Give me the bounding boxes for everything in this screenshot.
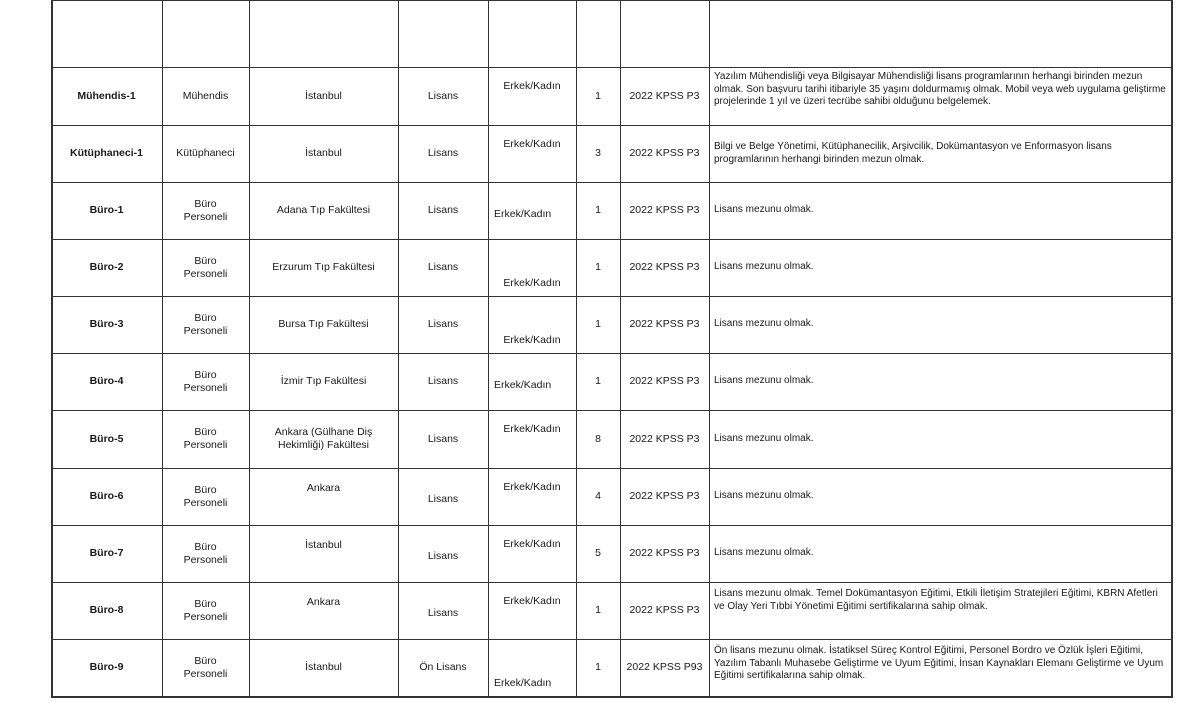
cell-adet: 5 <box>576 525 620 582</box>
cell-il: Adana Tıp Fakültesi <box>249 182 398 239</box>
cell-unvan: Büro Personeli <box>162 239 249 296</box>
cell-adet: 4 <box>576 468 620 525</box>
cell-adet: 1 <box>576 582 620 639</box>
row-divider <box>51 468 1173 469</box>
cell-cinsiyet: Erkek/Kadın <box>488 582 576 639</box>
cell-ilan-no: Büro-1 <box>51 182 162 239</box>
cell-mezuniyet: Lisans <box>398 410 488 468</box>
cell-il: Ankara <box>249 582 398 639</box>
requirements-cell: Lisans mezunu olmak. <box>709 296 1171 353</box>
column-divider <box>709 0 710 697</box>
column-divider <box>162 0 163 697</box>
cell-ilan-no: Büro-7 <box>51 525 162 582</box>
row-divider <box>51 182 1173 183</box>
cell-mezuniyet: Lisans <box>398 582 488 639</box>
cell-il: Bursa Tıp Fakültesi <box>249 296 398 353</box>
cell-kpss: 2022 KPSS P3 <box>620 67 709 125</box>
cell-unvan: Büro Personeli <box>162 410 249 468</box>
requirements-cell: Lisans mezunu olmak. <box>709 353 1171 410</box>
requirements-cell: Yazılım Mühendisliği veya Bilgisayar Müh… <box>709 67 1171 125</box>
column-divider <box>398 0 399 697</box>
cell-il: İstanbul <box>249 125 398 182</box>
requirements-cell: Lisans mezunu olmak. <box>709 182 1171 239</box>
cell-kpss: 2022 KPSS P3 <box>620 468 709 525</box>
cell-mezuniyet: Lisans <box>398 296 488 353</box>
cell-mezuniyet: Lisans <box>398 525 488 582</box>
requirements-cell: Lisans mezunu olmak. <box>709 525 1171 582</box>
column-divider <box>51 0 53 697</box>
cell-ilan-no: Büro-4 <box>51 353 162 410</box>
cell-adet: 1 <box>576 296 620 353</box>
header-ilan-no <box>51 0 162 67</box>
cell-il: İstanbul <box>249 639 398 696</box>
row-divider <box>51 239 1173 240</box>
cell-ilan-no: Mühendis-1 <box>51 67 162 125</box>
cell-ilan-no: Büro-6 <box>51 468 162 525</box>
row-divider <box>51 67 1173 68</box>
cell-unvan: Büro Personeli <box>162 468 249 525</box>
cell-cinsiyet: Erkek/Kadın <box>488 239 576 296</box>
header-cinsiyet <box>488 0 576 67</box>
cell-adet: 1 <box>576 639 620 696</box>
cell-ilan-no: Büro-8 <box>51 582 162 639</box>
requirements-cell: Lisans mezunu olmak. <box>709 239 1171 296</box>
column-divider <box>249 0 250 697</box>
cell-mezuniyet: Lisans <box>398 125 488 182</box>
cell-adet: 3 <box>576 125 620 182</box>
cell-ilan-no: Büro-3 <box>51 296 162 353</box>
header-il <box>249 0 398 67</box>
cell-mezuniyet: Ön Lisans <box>398 639 488 696</box>
header-mezuniyet <box>398 0 488 67</box>
cell-cinsiyet: Erkek/Kadın <box>488 410 576 468</box>
cell-unvan: Büro Personeli <box>162 582 249 639</box>
cell-kpss: 2022 KPSS P93 <box>620 639 709 696</box>
cell-unvan: Büro Personeli <box>162 182 249 239</box>
cell-il: İstanbul <box>249 67 398 125</box>
header-adet <box>576 0 620 67</box>
cell-unvan: Büro Personeli <box>162 353 249 410</box>
row-divider <box>51 296 1173 297</box>
cell-adet: 1 <box>576 67 620 125</box>
column-divider <box>488 0 489 697</box>
cell-adet: 1 <box>576 182 620 239</box>
cell-unvan: Mühendis <box>162 67 249 125</box>
cell-adet: 8 <box>576 410 620 468</box>
row-divider <box>51 125 1173 126</box>
cell-kpss: 2022 KPSS P3 <box>620 582 709 639</box>
header-kpss <box>620 0 709 67</box>
cell-ilan-no: Büro-2 <box>51 239 162 296</box>
row-divider <box>51 0 1173 1</box>
cell-il: İzmir Tıp Fakültesi <box>249 353 398 410</box>
requirements-cell: Ön lisans mezunu olmak. İstatiksel Süreç… <box>709 639 1171 696</box>
cell-cinsiyet: Erkek/Kadın <box>488 125 576 182</box>
column-divider <box>576 0 577 697</box>
cell-il: İstanbul <box>249 525 398 582</box>
cell-mezuniyet: Lisans <box>398 468 488 525</box>
cell-adet: 1 <box>576 239 620 296</box>
cell-kpss: 2022 KPSS P3 <box>620 410 709 468</box>
cell-kpss: 2022 KPSS P3 <box>620 239 709 296</box>
row-divider <box>51 639 1173 640</box>
cell-il: Ankara (Gülhane Diş Hekimliği) Fakültesi <box>249 410 398 468</box>
cell-ilan-no: Büro-9 <box>51 639 162 696</box>
cell-kpss: 2022 KPSS P3 <box>620 353 709 410</box>
cell-cinsiyet: Erkek/Kadın <box>488 67 576 125</box>
cell-unvan: Kütüphaneci <box>162 125 249 182</box>
row-divider <box>51 582 1173 583</box>
row-divider <box>51 525 1173 526</box>
row-divider <box>51 410 1173 411</box>
cell-mezuniyet: Lisans <box>398 67 488 125</box>
cell-mezuniyet: Lisans <box>398 239 488 296</box>
cell-mezuniyet: Lisans <box>398 182 488 239</box>
cell-mezuniyet: Lisans <box>398 353 488 410</box>
cell-unvan: Büro Personeli <box>162 525 249 582</box>
cell-cinsiyet: Erkek/Kadın <box>488 353 576 410</box>
cell-cinsiyet: Erkek/Kadın <box>488 468 576 525</box>
cell-adet: 1 <box>576 353 620 410</box>
cell-cinsiyet: Erkek/Kadın <box>488 639 576 696</box>
cell-kpss: 2022 KPSS P3 <box>620 296 709 353</box>
cell-cinsiyet: Erkek/Kadın <box>488 525 576 582</box>
cell-cinsiyet: Erkek/Kadın <box>488 296 576 353</box>
requirements-cell: Lisans mezunu olmak. <box>709 410 1171 468</box>
header-sartlar <box>709 0 1171 67</box>
cell-kpss: 2022 KPSS P3 <box>620 125 709 182</box>
cell-ilan-no: Büro-5 <box>51 410 162 468</box>
cell-il: Ankara <box>249 468 398 525</box>
cell-unvan: Büro Personeli <box>162 296 249 353</box>
requirements-cell: Lisans mezunu olmak. <box>709 468 1171 525</box>
requirements-cell: Bilgi ve Belge Yönetimi, Kütüphanecilik,… <box>709 125 1171 182</box>
requirements-cell: Lisans mezunu olmak. Temel Dokümantasyon… <box>709 582 1171 639</box>
cell-il: Erzurum Tıp Fakültesi <box>249 239 398 296</box>
cell-kpss: 2022 KPSS P3 <box>620 182 709 239</box>
row-divider <box>51 696 1173 698</box>
column-divider <box>620 0 621 697</box>
row-divider <box>51 353 1173 354</box>
header-unvan <box>162 0 249 67</box>
column-divider <box>1171 0 1173 697</box>
cell-cinsiyet: Erkek/Kadın <box>488 182 576 239</box>
cell-unvan: Büro Personeli <box>162 639 249 696</box>
cell-kpss: 2022 KPSS P3 <box>620 525 709 582</box>
cell-ilan-no: Kütüphaneci-1 <box>51 125 162 182</box>
